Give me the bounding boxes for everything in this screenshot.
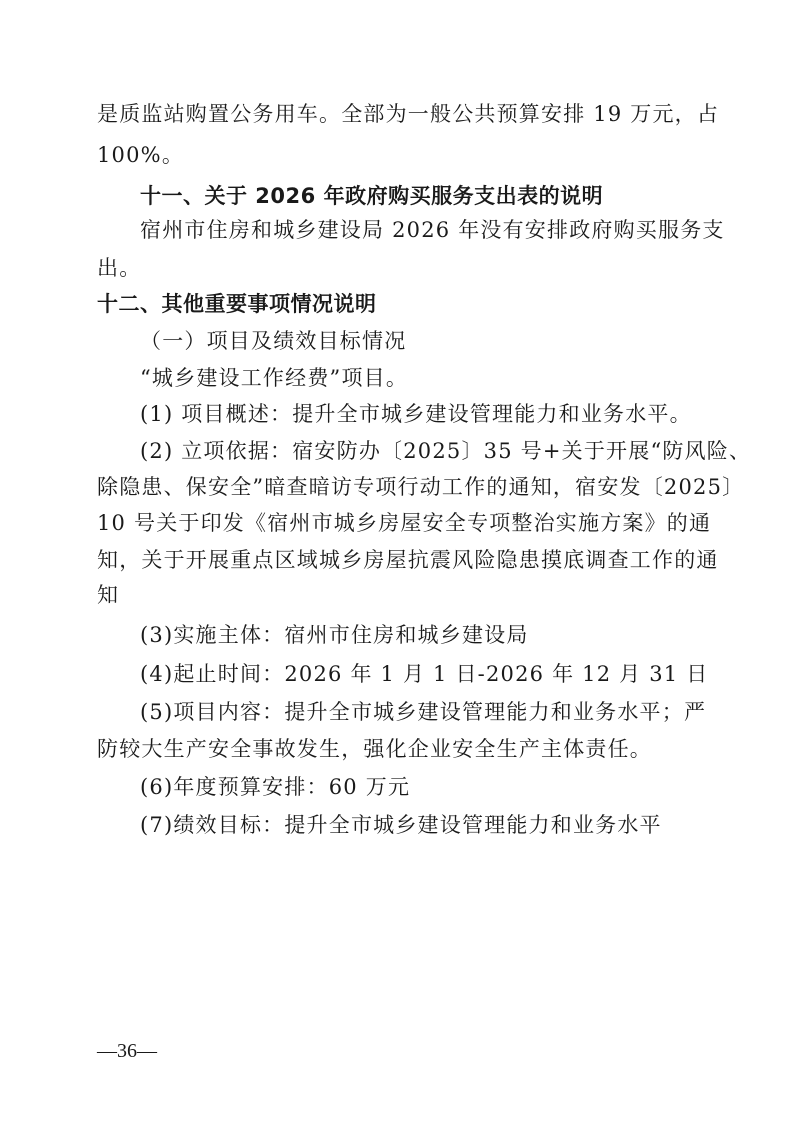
item-period: (4)起止时间：2026 年 1 月 1 日-2026 年 12 月 31 日 [140,656,687,692]
paragraph-line: 是质监站购置公务用车。全部为一般公共预算安排 19 万元，占 [97,96,687,132]
document-page: 是质监站购置公务用车。全部为一般公共预算安排 19 万元，占 100%。 十一、… [0,0,793,1122]
paragraph-line: 宿州市住房和城乡建设局 2026 年没有安排政府购买服务支 [140,212,687,248]
paragraph-line: 100%。 [97,137,687,173]
paragraph-line: 除隐患、保安全”暗查暗访专项行动工作的通知，宿安发〔2025〕 [97,469,687,505]
paragraph-line: 知 [97,577,687,613]
page-number: —36— [97,1040,157,1063]
item-content: (5)项目内容：提升全市城乡建设管理能力和业务水平；严 [140,694,687,730]
paragraph-line: 知，关于开展重点区域城乡房屋抗震风险隐患摸底调查工作的通 [97,542,687,578]
section-heading-11: 十一、关于 2026 年政府购买服务支出表的说明 [140,178,687,214]
item-budget: (6)年度预算安排：60 万元 [140,769,687,805]
section-heading-12: 十二、其他重要事项情况说明 [97,286,687,322]
paragraph-line: 10 号关于印发《宿州市城乡房屋安全专项整治实施方案》的通 [97,505,687,541]
item-basis: (2) 立项依据：宿安防办〔2025〕35 号+关于开展“防风险、 [140,433,687,469]
paragraph-line: 出。 [97,250,687,286]
item-goal: (7)绩效目标：提升全市城乡建设管理能力和业务水平 [140,807,687,843]
project-name: “城乡建设工作经费”项目。 [140,360,687,396]
paragraph-line: 防较大生产安全事故发生，强化企业安全生产主体责任。 [97,731,687,767]
subsection-heading: （一）项目及绩效目标情况 [140,323,687,359]
item-implementer: (3)实施主体：宿州市住房和城乡建设局 [140,617,687,653]
item-overview: (1) 项目概述：提升全市城乡建设管理能力和业务水平。 [140,396,687,432]
